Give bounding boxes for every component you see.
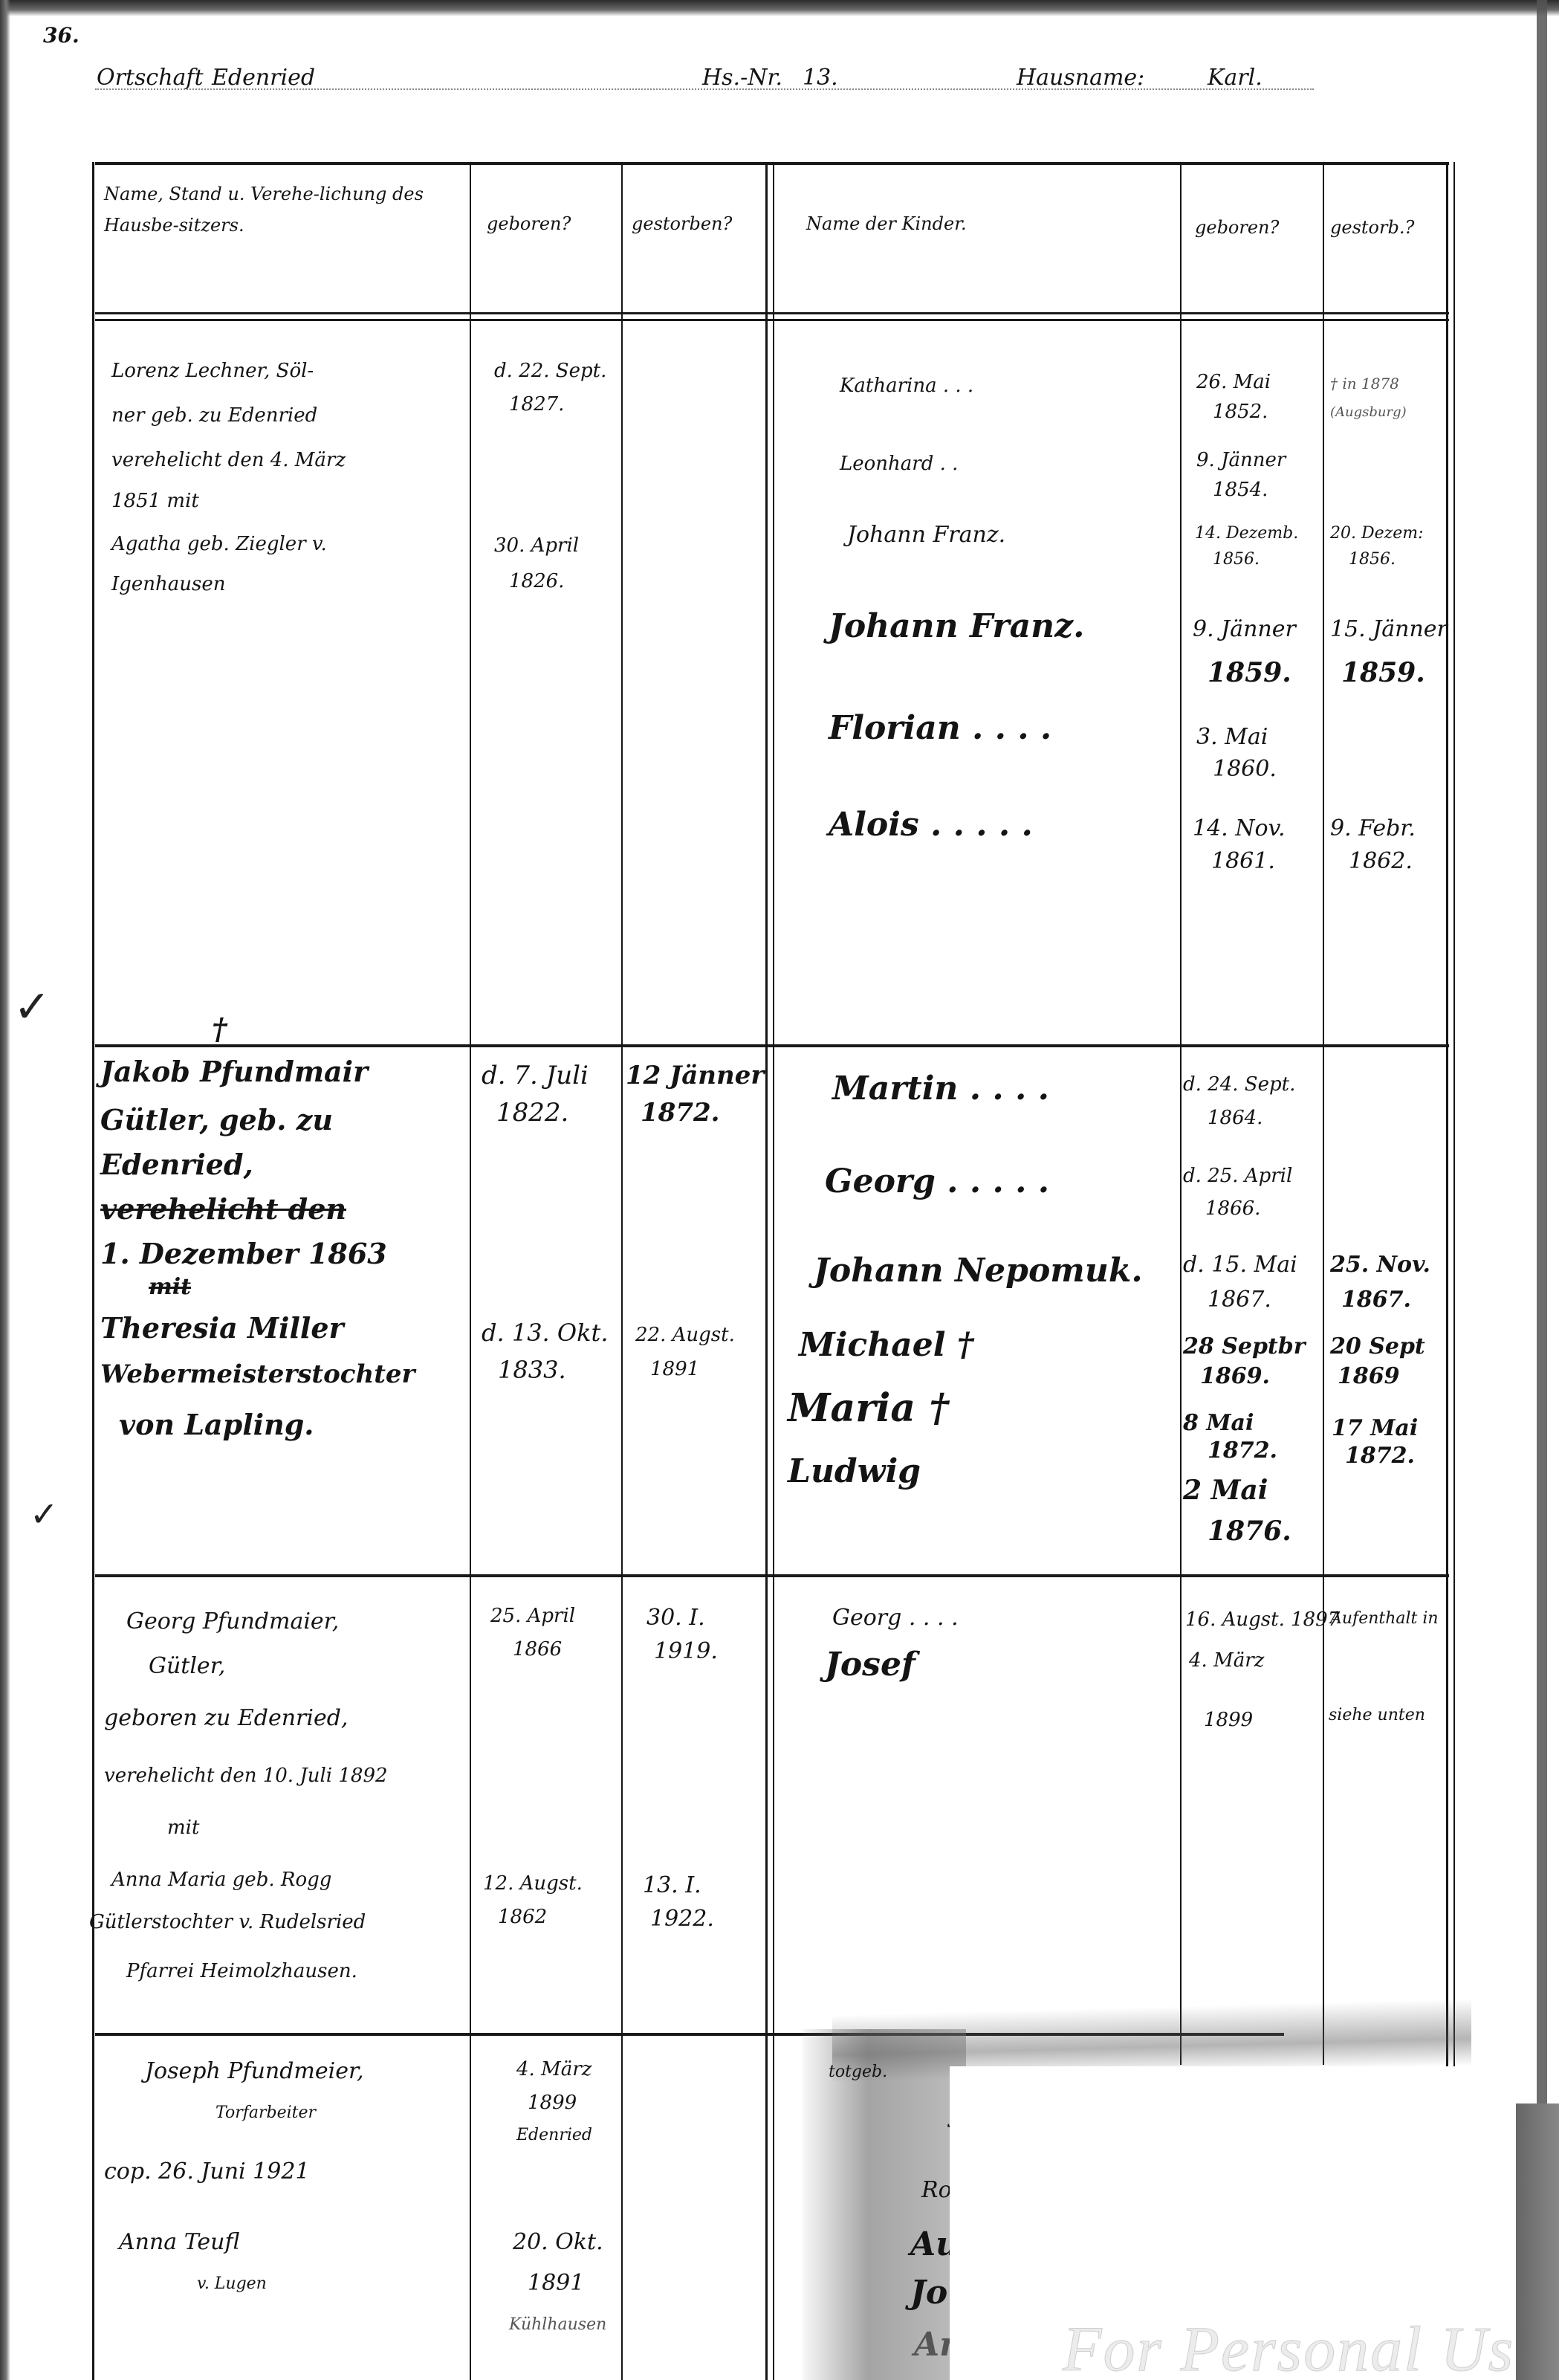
child-name: Johann Franz. — [847, 523, 1005, 549]
child-name: Georg . . . . . — [825, 1163, 1049, 1201]
child-born-year: 1864. — [1208, 1107, 1263, 1130]
owner-line: von Lapling. — [119, 1409, 314, 1441]
header-owner-died: gestorben? — [632, 208, 732, 239]
children-fragment: Jo — [910, 2274, 947, 2312]
child-born-year: 1867. — [1208, 1287, 1271, 1313]
col-rule-children-a — [765, 162, 768, 2380]
child-name: Maria † — [788, 1386, 949, 1431]
wife-born: 12. Augst. — [483, 1873, 583, 1895]
child-born-year: 1861. — [1211, 849, 1275, 875]
checkmark-icon: ✓ — [30, 1494, 59, 1534]
child-born: 9. Jänner — [1193, 617, 1296, 643]
child-died: 20 Sept — [1330, 1334, 1425, 1360]
child-born: d. 25. April — [1183, 1165, 1292, 1188]
block-separator-2 — [95, 1574, 1449, 1577]
child-born: 9. Jänner — [1196, 450, 1286, 472]
hausnummer-label: Hs.-Nr. — [702, 65, 782, 91]
checkmark-icon: ✓ — [13, 981, 51, 1033]
husband-died: 12 Jänner — [626, 1061, 764, 1090]
col-rule-owner-born — [470, 162, 471, 2380]
husband-born-year: 1822. — [496, 1099, 568, 1128]
husband-born-place: Edenried — [516, 2126, 592, 2144]
wife-born-year: 1891 — [528, 2271, 584, 2297]
child-died: 9. Febr. — [1330, 816, 1416, 842]
table-top-rule — [95, 162, 1449, 165]
wife-died: 22. Augst. — [635, 1325, 735, 1347]
child-died-year: 1856. — [1349, 550, 1396, 569]
husband-died-year: 1919. — [654, 1639, 718, 1665]
child-born-year: 1854. — [1213, 479, 1268, 502]
child-name: Martin . . . . — [832, 1070, 1049, 1108]
owner-line: Pfarrei Heimolzhausen. — [126, 1961, 357, 1983]
owner-line: Gütlerstochter v. Rudelsried — [89, 1912, 366, 1934]
owner-line: Joseph Pfundmeier, — [145, 2059, 364, 2085]
husband-born: d. 22. Sept. — [494, 360, 606, 383]
child-born-year: 1852. — [1213, 401, 1268, 424]
header-bottom-rule — [95, 312, 1449, 314]
owner-line: Agatha geb. Ziegler v. — [111, 534, 327, 556]
child-name: Katharina . . . — [840, 375, 973, 398]
child-born-year: 1869. — [1200, 1364, 1270, 1390]
child-born-year: 1856. — [1213, 550, 1260, 569]
child-born: 4. März — [1189, 1650, 1264, 1672]
watermark: For Personal Us — [1063, 2312, 1514, 2380]
wife-born-year: 1826. — [509, 571, 564, 593]
wife-died-year: 1891 — [650, 1359, 699, 1381]
child-died-year: 1869 — [1338, 1364, 1400, 1390]
block-separator-1 — [95, 1044, 1449, 1047]
owner-line: Anna Maria geb. Rogg — [111, 1869, 331, 1892]
owner-line: Igenhausen — [111, 574, 226, 596]
husband-born: 4. März — [516, 2059, 591, 2081]
child-born: 28 Septbr — [1183, 1334, 1306, 1360]
wife-died: 13. I. — [643, 1873, 701, 1899]
child-born: 26. Mai — [1196, 372, 1271, 394]
child-born: 2 Mai — [1183, 1475, 1268, 1506]
child-name: Ludwig — [788, 1453, 921, 1491]
owner-line: Torfarbeiter — [215, 2103, 316, 2122]
col-rule-children-b — [773, 162, 774, 2380]
child-born: 3. Mai — [1196, 725, 1268, 751]
ortschaft-label: Ortschaft — [97, 65, 204, 91]
wife-born: d. 13. Okt. — [482, 1319, 609, 1347]
owner-line: mit — [167, 1817, 199, 1840]
header-owner-born: geboren? — [487, 208, 571, 239]
child-name: Florian . . . . — [829, 710, 1051, 748]
child-name: Georg . . . . — [832, 1605, 959, 1632]
ortschaft-value: Edenried — [212, 65, 315, 91]
child-died: 17 Mai — [1332, 1416, 1418, 1442]
wife-born-year: 1862 — [498, 1907, 547, 1929]
child-died-year: 1862. — [1349, 849, 1413, 875]
owner-line: mit — [149, 1275, 191, 1301]
col-rule-left — [92, 162, 94, 2380]
children-fragment: totgeb. — [829, 2063, 887, 2081]
scan-right-edge — [1537, 0, 1547, 2380]
child-name: Alois . . . . . — [829, 806, 1033, 844]
child-born: 14. Dezemb. — [1195, 524, 1298, 543]
header-owner: Name, Stand u. Verehe-lichung des Hausbe… — [104, 178, 453, 241]
owner-line: Anna Teufl — [119, 2230, 240, 2256]
owner-line: v. Lugen — [197, 2274, 267, 2293]
page-number: 36. — [43, 24, 80, 48]
wife-died-year: 1922. — [650, 1907, 714, 1933]
child-died-note: Aufenthalt in — [1330, 1609, 1439, 1628]
child-born: 8 Mai — [1183, 1411, 1254, 1437]
child-born: d. 24. Sept. — [1183, 1074, 1295, 1096]
owner-line: ner geb. zu Edenried — [111, 405, 317, 427]
header-child-born: geboren? — [1195, 212, 1279, 243]
col-rule-right-b — [1453, 162, 1455, 2095]
scan-top-shadow — [0, 0, 1559, 16]
child-died-year: 1859. — [1341, 658, 1425, 688]
owner-line: verehelicht den 4. März — [111, 450, 346, 472]
child-died-note: siehe unten — [1329, 1706, 1425, 1724]
wife-born: 30. April — [494, 535, 579, 557]
owner-line: Lorenz Lechner, Söl- — [111, 360, 314, 383]
owner-line: Gütler, — [149, 1654, 225, 1680]
child-name: Johann Franz. — [829, 608, 1084, 646]
child-died-year: 1867. — [1341, 1287, 1411, 1313]
child-born: 14. Nov. — [1193, 816, 1285, 842]
wife-born-year: 1833. — [498, 1356, 566, 1384]
owner-line: 1. Dezember 1863 — [100, 1238, 387, 1270]
wife-born: 20. Okt. — [513, 2230, 603, 2256]
col-rule-owner-died — [621, 162, 623, 2380]
husband-born: 25. April — [490, 1605, 575, 1628]
owner-line: Georg Pfundmaier, — [126, 1609, 339, 1635]
husband-born-year: 1899 — [528, 2092, 577, 2115]
owner-line: geboren zu Edenried, — [104, 1706, 348, 1732]
wife-born-place: Kühlhausen — [509, 2315, 606, 2334]
child-born-year: 1866. — [1205, 1198, 1260, 1220]
child-born: d. 15. Mai — [1183, 1252, 1297, 1278]
hausname-value: Karl. — [1208, 65, 1263, 91]
husband-died-year: 1872. — [641, 1099, 719, 1128]
husband-born-year: 1827. — [509, 394, 564, 416]
scan-left-edge — [0, 0, 10, 2380]
child-died-year: 1872. — [1345, 1443, 1415, 1469]
child-name: Leonhard . . — [840, 453, 958, 476]
owner-line: cop. 26. Juni 1921 — [104, 2159, 310, 2185]
owner-line: Webermeisterstochter — [100, 1360, 415, 1389]
child-born-year: 1860. — [1213, 757, 1277, 783]
owner-line: Jakob Pfundmair — [100, 1055, 368, 1088]
owner-line: Theresia Miller — [100, 1312, 344, 1345]
child-died: 20. Dezem: — [1330, 524, 1424, 543]
child-died: 25. Nov. — [1330, 1252, 1430, 1278]
child-born-year: 1859. — [1208, 658, 1291, 688]
overlay-paper-edge — [1516, 2103, 1559, 2380]
children-fragment: Ro — [921, 2178, 952, 2204]
child-born-year: 1899 — [1204, 1710, 1253, 1732]
hausnummer-value: 13. — [803, 65, 838, 91]
husband-died: 30. I. — [646, 1605, 705, 1632]
child-died-note: (Augsburg) — [1330, 405, 1407, 421]
owner-line: verehelicht den — [100, 1193, 346, 1226]
child-died: 15. Jänner — [1330, 617, 1448, 643]
col-rule-child-died — [1323, 162, 1324, 2065]
hausname-label: Hausname: — [1017, 65, 1144, 91]
child-name: Michael † — [799, 1327, 974, 1365]
header-children: Name der Kinder. — [806, 208, 967, 239]
child-name: Josef — [825, 1646, 915, 1684]
owner-line: 1851 mit — [111, 491, 199, 513]
cross-icon: † — [212, 1012, 227, 1047]
owner-line: Gütler, geb. zu — [100, 1104, 333, 1136]
husband-born-year: 1866 — [513, 1639, 562, 1661]
child-born-year: 1872. — [1208, 1438, 1277, 1464]
child-born-year: 1876. — [1208, 1516, 1291, 1547]
child-name: Johann Nepomuk. — [814, 1252, 1143, 1290]
child-born: 16. Augst. 1897 — [1185, 1609, 1340, 1632]
child-died: † in 1878 — [1330, 375, 1399, 392]
husband-born: d. 7. Juli — [482, 1061, 589, 1090]
owner-line: Edenried, — [100, 1148, 253, 1181]
col-rule-right-a — [1446, 162, 1448, 2095]
header-child-died: gestorb.? — [1330, 212, 1414, 243]
col-rule-child-born — [1180, 162, 1182, 2065]
owner-line: verehelicht den 10. Juli 1892 — [104, 1765, 388, 1788]
